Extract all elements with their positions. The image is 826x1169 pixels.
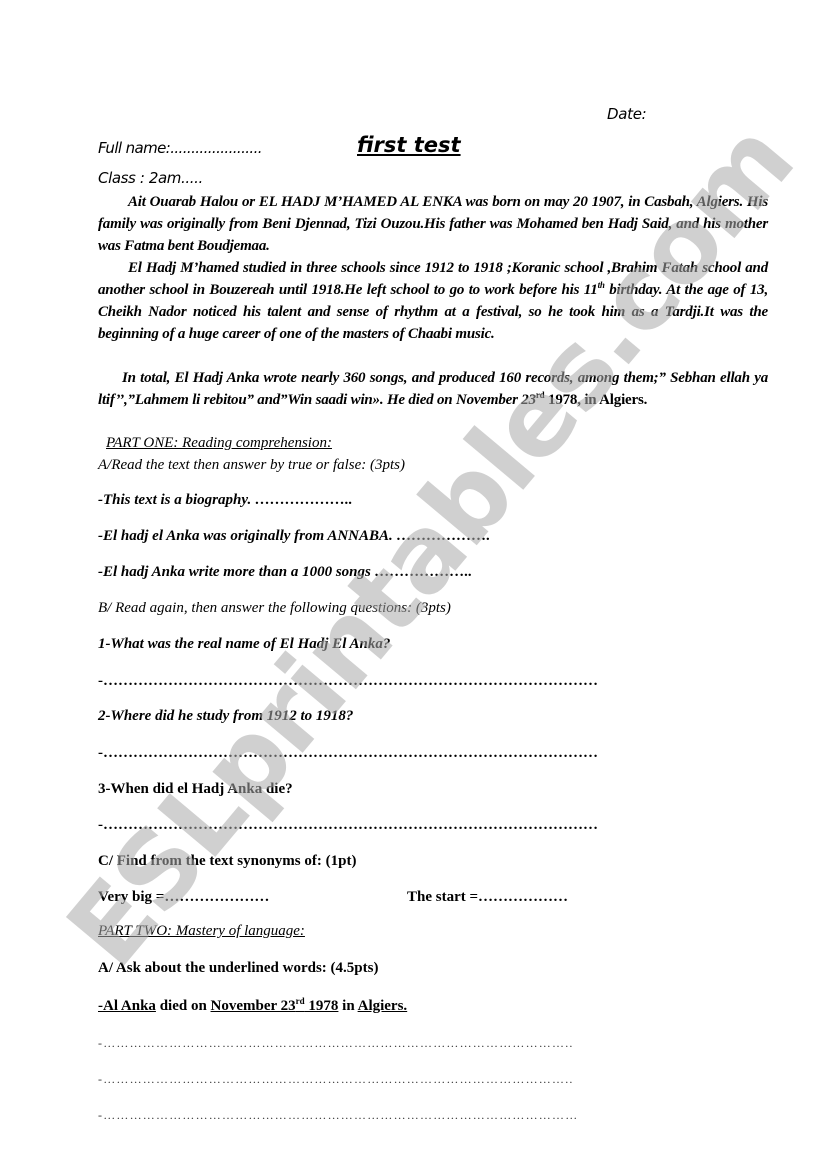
question-answer-line-3[interactable]: -………………………………………………………………………………………………	[98, 1108, 578, 1123]
worksheet-page: Date: Full name:...................... f…	[0, 0, 826, 1169]
answer-line-1[interactable]: -………………………………………………………………………………………	[98, 673, 598, 690]
full-name-label: Full name:......................	[98, 139, 262, 157]
question-2: 2-Where did he study from 1912 to 1918?	[98, 708, 353, 725]
paragraph-3-text-b: 1978, in Algiers.	[544, 392, 647, 408]
date-year: 1978	[305, 998, 339, 1014]
underlined-subject: -Al Anka	[98, 998, 156, 1014]
answer-line-3[interactable]: -………………………………………………………………………………………	[98, 817, 598, 834]
reading-paragraph-2: El Hadj M’hamed studied in three schools…	[98, 257, 768, 345]
underlined-sentence: -Al Anka died on November 23rd 1978 in A…	[98, 996, 407, 1015]
date-superscript: rd	[296, 996, 305, 1006]
underlined-date: November 23rd 1978	[211, 998, 339, 1014]
sentence-text: died on	[156, 998, 211, 1014]
synonym-very-big[interactable]: Very big =…………………	[98, 889, 269, 906]
date-text: November 23	[211, 998, 296, 1014]
question-answer-line-1[interactable]: -……………………………………………………………………………………………..	[98, 1036, 574, 1051]
question-3: 3-When did el Hadj Anka die?	[98, 781, 293, 798]
true-false-statement[interactable]: -El hadj Anka write more than a 1000 son…	[98, 564, 472, 581]
part-two-heading: PART TWO: Mastery of language:	[98, 923, 305, 940]
sentence-text: in	[338, 998, 357, 1014]
test-title: first test	[357, 133, 461, 157]
underlined-place: Algiers.	[358, 998, 408, 1014]
paragraph-2-superscript: th	[598, 280, 605, 290]
question-answer-line-2[interactable]: -……………………………………………………………………………………………..	[98, 1072, 574, 1087]
answer-line-2[interactable]: -………………………………………………………………………………………	[98, 745, 598, 762]
synonym-the-start[interactable]: The start =………………	[407, 889, 568, 906]
paragraph-3-text-a: In total, El Hadj Anka wrote nearly 360 …	[98, 370, 768, 408]
reading-paragraph-3: In total, El Hadj Anka wrote nearly 360 …	[98, 367, 768, 411]
section-b-instruction: B/ Read again, then answer the following…	[98, 600, 451, 617]
reading-paragraph-1: Ait Ouarab Halou or EL HADJ M’HAMED AL E…	[98, 191, 768, 257]
part-two-section-a-instruction: A/ Ask about the underlined words: (4.5p…	[98, 960, 378, 977]
section-c-instruction: C/ Find from the text synonyms of: (1pt)	[98, 853, 356, 870]
section-a-instruction: A/Read the text then answer by true or f…	[98, 457, 405, 474]
true-false-statement[interactable]: -El hadj el Anka was originally from ANN…	[98, 528, 490, 545]
class-label: Class : 2am.....	[98, 169, 203, 187]
date-label: Date:	[607, 105, 646, 123]
question-1: 1-What was the real name of El Hadj El A…	[98, 636, 390, 653]
true-false-statement[interactable]: -This text is a biography. ………………..	[98, 492, 352, 509]
part-one-heading: PART ONE: Reading comprehension:	[106, 435, 332, 452]
